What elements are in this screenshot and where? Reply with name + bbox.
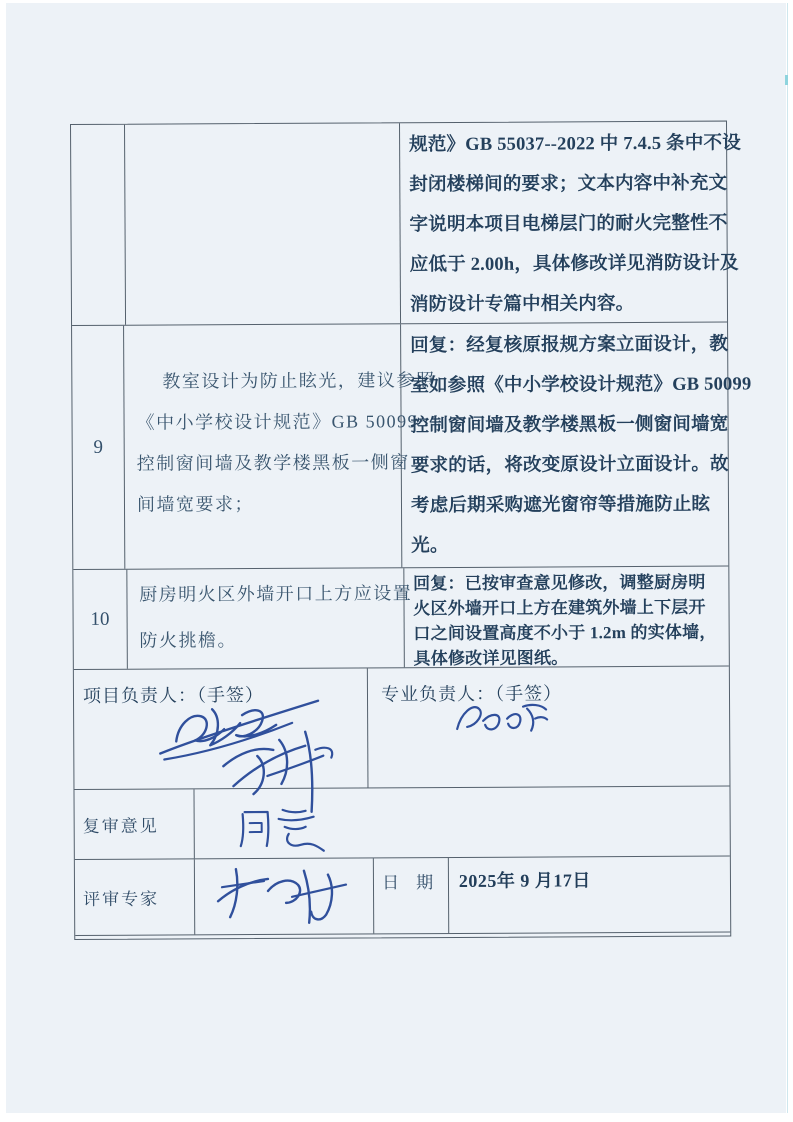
issue-text-line: 教室设计为防止眩光，建议参照 <box>136 360 394 402</box>
expert-signature-cell <box>194 858 374 934</box>
issue-text-line: 厨房明火区外墙开口上方应设置 <box>139 570 397 617</box>
table-row-expert: 评审专家 日 期 2025年 9 月17日 <box>75 857 730 936</box>
row-number: 9 <box>72 326 125 569</box>
reply-text-line: 规范》GB 55037--2022 中 7.4.5 条中不设 <box>409 124 722 166</box>
issue-cell: 厨房明火区外墙开口上方应设置 防火挑檐。 <box>127 568 405 668</box>
reply-cell: 规范》GB 55037--2022 中 7.4.5 条中不设 封闭楼梯间的要求；… <box>400 122 727 324</box>
reply-text-line: 回复：经复核原报规方案立面设计，教 <box>410 325 723 367</box>
specialty-lead-cell: 专业负责人：（手签） <box>368 667 730 788</box>
project-lead-cell: 项目负责人：（手签） <box>74 668 369 789</box>
reply-text-line: 消防设计专篇中相关内容。 <box>410 284 723 326</box>
review-opinion-label: 复审意见 <box>74 789 194 859</box>
row-number-cell <box>71 125 126 325</box>
issue-text-line: 控制窗间墙及教学楼黑板一侧窗 <box>137 442 395 484</box>
expert-label: 评审专家 <box>75 859 195 935</box>
scanner-edge-line <box>787 3 788 1113</box>
reply-cell: 回复：经复核原报规方案立面设计，教 室如参照《中小学校设计规范》GB 50099… <box>401 323 728 568</box>
table-row-review-opinion: 复审意见 <box>74 787 729 860</box>
table-row-9: 9 教室设计为防止眩光，建议参照 《中小学校设计规范》GB 50099 控制窗间… <box>72 323 728 570</box>
reply-text-line: 口之间设置高度不小于 1.2m 的实体墙， <box>413 620 724 647</box>
row-number: 10 <box>73 570 127 669</box>
reply-cell: 回复：已按审查意见修改，调整厨房明 火区外墙开口上方在建筑外墙上下层开 口之间设… <box>404 567 729 668</box>
review-response-table: 规范》GB 55037--2022 中 7.4.5 条中不设 封闭楼梯间的要求；… <box>70 121 731 940</box>
date-label: 日 期 <box>374 858 449 933</box>
project-lead-label: 项目负责人：（手签） <box>83 685 264 706</box>
table-row-continuation: 规范》GB 55037--2022 中 7.4.5 条中不设 封闭楼梯间的要求；… <box>71 122 727 326</box>
review-opinion-content-cell <box>194 787 730 859</box>
table-row-signatures: 项目负责人：（手签） 专业负责人：（手签） <box>74 667 730 790</box>
reply-text-line: 应低于 2.00h，具体修改详见消防设计及 <box>410 244 723 286</box>
issue-cell <box>125 123 401 324</box>
date-value: 2025年 9 月17日 <box>449 857 731 933</box>
specialty-lead-label: 专业负责人：（手签） <box>381 683 562 704</box>
reply-text-line: 封闭楼梯间的要求；文本内容中补充文 <box>409 164 722 206</box>
issue-cell: 教室设计为防止眩光，建议参照 《中小学校设计规范》GB 50099 控制窗间墙及… <box>124 324 402 568</box>
reply-text-line: 回复：已按审查意见修改，调整厨房明 <box>413 570 724 597</box>
reply-text-line: 字说明本项目电梯层门的耐火完整性不 <box>409 204 722 246</box>
issue-text-line: 防火挑檐。 <box>139 616 397 663</box>
issue-text-line: 间墙宽要求； <box>137 483 395 525</box>
reply-text-line: 室如参照《中小学校设计规范》GB 50099 <box>410 365 723 407</box>
table-row-10: 10 厨房明火区外墙开口上方应设置 防火挑檐。 回复：已按审查意见修改，调整厨房… <box>73 567 729 670</box>
reply-text-line: 要求的话，将改变原设计立面设计。故 <box>411 445 724 487</box>
reply-text-line: 考虑后期采购遮光窗帘等措施防止眩 <box>411 485 724 527</box>
reply-text-line: 控制窗间墙及教学楼黑板一侧窗间墙宽 <box>410 405 723 447</box>
scanner-edge-mark <box>785 75 788 85</box>
issue-text-line: 《中小学校设计规范》GB 50099 <box>136 401 394 443</box>
reply-text-line: 光。 <box>411 525 724 567</box>
reply-text-line: 火区外墙开口上方在建筑外墙上下层开 <box>413 595 724 622</box>
